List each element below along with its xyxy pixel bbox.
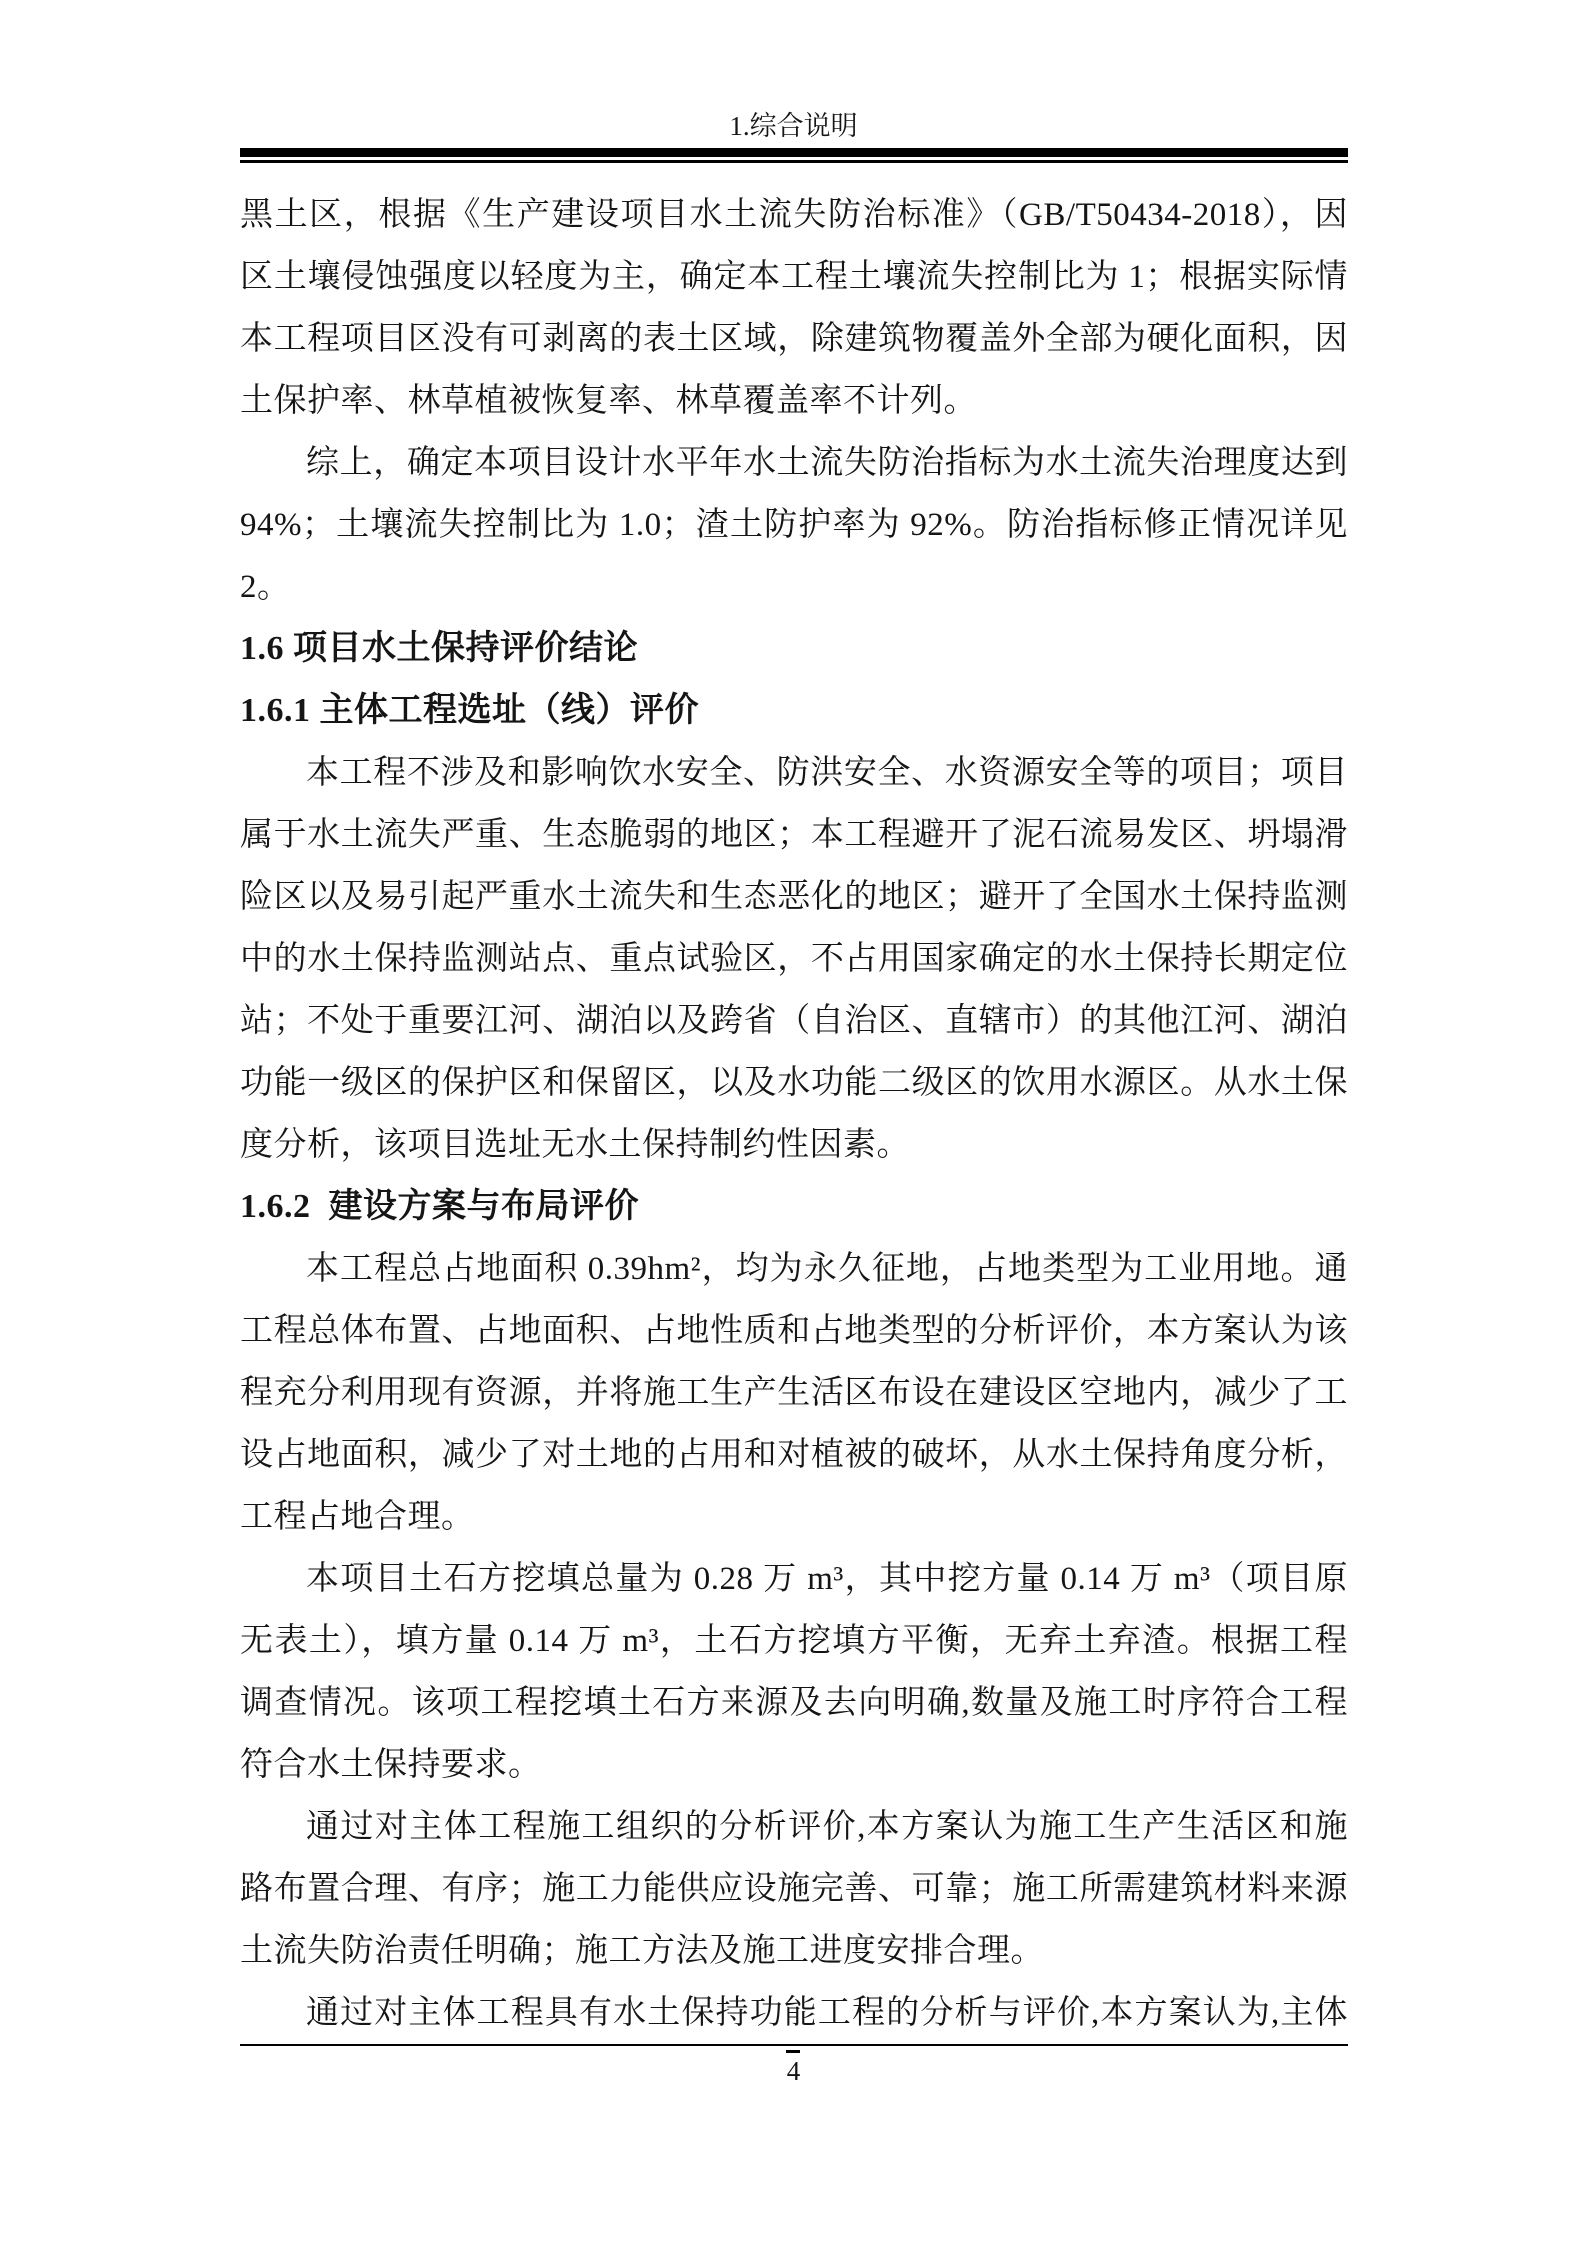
heading-text: 1.6.2 建设方案与布局评价: [240, 1176, 1348, 1238]
paragraph: 通过对主体工程施工组织的分析评价,本方案认为施工生产生活区和施工道 路布置合理、…: [240, 1796, 1348, 1982]
text-line: 土保护率、林草植被恢复率、林草覆盖率不计列。: [240, 370, 1348, 432]
text-line: 土流失防治责任明确；施工方法及施工进度安排合理。: [240, 1920, 1348, 1982]
text-line: 通过对主体工程具有水土保持功能工程的分析与评价,本方案认为,主体工: [240, 1982, 1348, 2044]
text-line: 本工程项目区没有可剥离的表土区域，除建筑物覆盖外全部为硬化面积，因此表: [240, 308, 1348, 370]
paragraph-continues-next-page: 通过对主体工程具有水土保持功能工程的分析与评价,本方案认为,主体工: [240, 1982, 1348, 2044]
document-body: 黑土区，根据《生产建设项目水土流失防治标准》（GB/T50434-2018），因…: [240, 184, 1348, 2044]
text-line: 功能一级区的保护区和保留区，以及水功能二级区的饮用水源区。从水土保持角: [240, 1052, 1348, 1114]
text-line: 通过对主体工程施工组织的分析评价,本方案认为施工生产生活区和施工道: [240, 1796, 1348, 1858]
text-line: 程充分利用现有资源，并将施工生产生活区布设在建设区空地内，减少了工程建: [240, 1362, 1348, 1424]
page-header-title: 1.综合说明: [0, 110, 1587, 142]
text-line: 94%；土壤流失控制比为 1.0；渣土防护率为 92%。防治指标修正情况详见附表: [240, 494, 1348, 556]
text-line: 站；不处于重要江河、湖泊以及跨省（自治区、直辖市）的其他江河、湖泊的水: [240, 990, 1348, 1052]
text-line: 中的水土保持监测站点、重点试验区，不占用国家确定的水土保持长期定位观测: [240, 928, 1348, 990]
heading-text: 1.6.1 主体工程选址（线）评价: [240, 680, 1348, 742]
text-line: 度分析，该项目选址无水土保持制约性因素。: [240, 1114, 1348, 1176]
text-line: 设占地面积，减少了对土地的占用和对植被的破坏，从水土保持角度分析，该项: [240, 1424, 1348, 1486]
text-line: 本工程总占地面积 0.39hm²，均为永久征地，占地类型为工业用地。通过对: [240, 1238, 1348, 1300]
footer-rule: [240, 2044, 1348, 2046]
text-line: 工程占地合理。: [240, 1486, 1348, 1548]
text-line: 本工程不涉及和影响饮水安全、防洪安全、水资源安全等的项目；项目区不: [240, 742, 1348, 804]
text-line: 属于水土流失严重、生态脆弱的地区；本工程避开了泥石流易发区、坍塌滑坡危: [240, 804, 1348, 866]
footer-dash: [786, 2050, 800, 2053]
text-line: 黑土区，根据《生产建设项目水土流失防治标准》（GB/T50434-2018），因…: [240, 184, 1348, 246]
text-line: 路布置合理、有序；施工力能供应设施完善、可靠；施工所需建筑材料来源及水: [240, 1858, 1348, 1920]
heading-text: 1.6 项目水土保持评价结论: [240, 618, 1348, 680]
header-rule-thin: [240, 160, 1348, 163]
page-number: 4: [0, 2054, 1587, 2088]
text-line: 符合水土保持要求。: [240, 1734, 1348, 1796]
section-heading-1-6-1: 1.6.1 主体工程选址（线）评价: [240, 680, 1348, 742]
paragraph: 本工程总占地面积 0.39hm²，均为永久征地，占地类型为工业用地。通过对 工程…: [240, 1238, 1348, 1548]
document-page: 1.综合说明 黑土区，根据《生产建设项目水土流失防治标准》（GB/T50434-…: [0, 0, 1587, 2245]
paragraph: 本项目土石方挖填总量为 0.28 万 m³，其中挖方量 0.14 万 m³（项目…: [240, 1548, 1348, 1796]
paragraph: 综上，确定本项目设计水平年水土流失防治指标为水土流失治理度达到 94%；土壤流失…: [240, 432, 1348, 618]
header-rule-thick: [240, 148, 1348, 157]
text-line: 工程总体布置、占地面积、占地性质和占地类型的分析评价，本方案认为该项工: [240, 1300, 1348, 1362]
section-heading-1-6: 1.6 项目水土保持评价结论: [240, 618, 1348, 680]
text-line: 调查情况。该项工程挖填土石方来源及去向明确,数量及施工时序符合工程实际,: [240, 1672, 1348, 1734]
paragraph-continued: 黑土区，根据《生产建设项目水土流失防治标准》（GB/T50434-2018），因…: [240, 184, 1348, 432]
text-line: 本项目土石方挖填总量为 0.28 万 m³，其中挖方量 0.14 万 m³（项目…: [240, 1548, 1348, 1610]
text-line: 险区以及易引起严重水土流失和生态恶化的地区；避开了全国水土保持监测网络: [240, 866, 1348, 928]
text-line: 区土壤侵蚀强度以轻度为主，确定本工程土壤流失控制比为 1；根据实际情况，: [240, 246, 1348, 308]
text-line: 综上，确定本项目设计水平年水土流失防治指标为水土流失治理度达到: [240, 432, 1348, 494]
text-line: 无表土），填方量 0.14 万 m³，土石方挖填方平衡，无弃土弃渣。根据工程现场: [240, 1610, 1348, 1672]
paragraph: 本工程不涉及和影响饮水安全、防洪安全、水资源安全等的项目；项目区不 属于水土流失…: [240, 742, 1348, 1176]
text-line: 2。: [240, 556, 1348, 618]
section-heading-1-6-2: 1.6.2 建设方案与布局评价: [240, 1176, 1348, 1238]
